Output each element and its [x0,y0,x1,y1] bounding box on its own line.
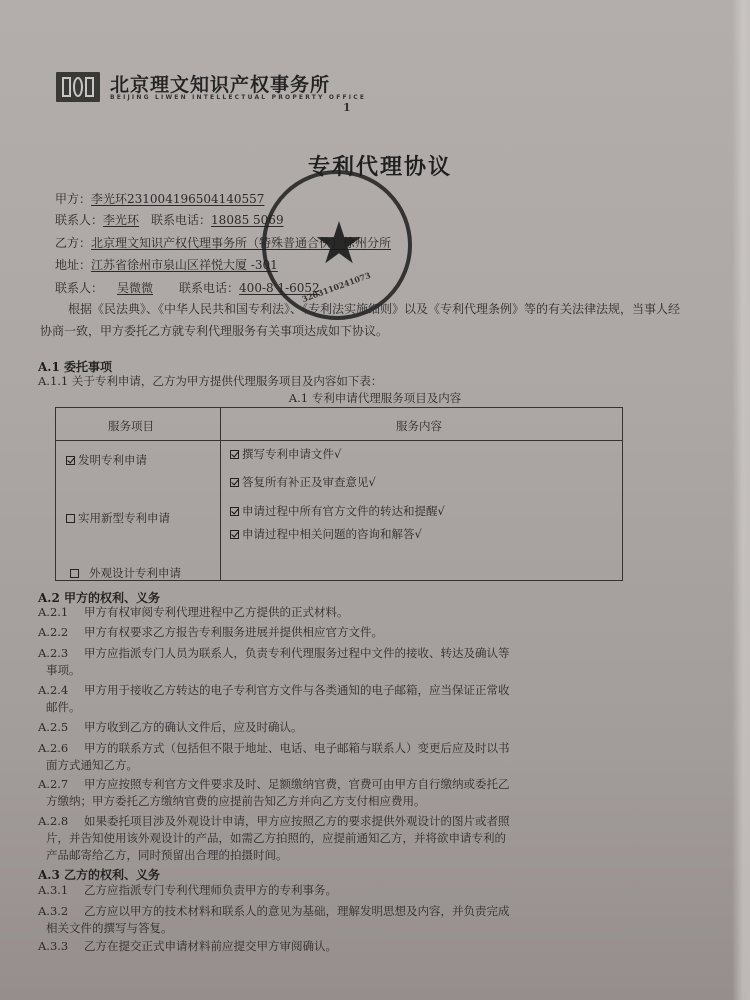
clause-a1-1: A.1.1 关于专利申请，乙方为甲方提供代理服务项目及内容如下表： [38,373,678,390]
table-header-items: 服务项目 [108,418,154,434]
firm-name-cn: 北京理文知识产权事务所 [110,70,330,97]
clause-a2-2: A.2.2甲方有权要求乙方报告专利服务进展并提供相应官方文件。 [38,624,678,641]
checkbox-forwarding[interactable] [230,507,239,516]
party-b-address: 江苏省徐州市泉山区祥悦大厦 -301 [91,258,278,272]
clause-a2-3: A.2.3甲方应指派专门人员为联系人，负责专利代理服务过程中文件的接收、转达及确… [38,645,678,679]
party-a-line: 甲方：李光环231004196504140557 [55,190,264,207]
table-header-contents: 服务内容 [396,418,442,434]
checkbox-consulting[interactable] [230,530,239,539]
party-b-label: 乙方： [55,236,91,250]
service-content-drafting: 撰写专利申请文件√ [230,446,341,462]
party-b-contact: 吴微微 [103,281,167,295]
party-a-value: 李光环231004196504140557 [91,192,264,206]
checkbox-drafting[interactable] [230,450,239,459]
party-b-address-line: 地址：江苏省徐州市泉山区祥悦大厦 -301 [55,256,278,273]
page-number: 1 [343,101,351,114]
clause-a2-7: A.2.7甲方应按照专利官方文件要求及时、足额缴纳官费，官费可由甲方自行缴纳或委… [38,776,678,810]
service-item-design: 外观设计专利申请 [70,565,181,581]
service-content-responses: 答复所有补正及审查意见√ [230,474,376,490]
party-a-label: 甲方： [55,192,91,206]
clause-a3-2: A.3.2乙方应以甲方的技术材料和联系人的意见为基础，理解发明思想及内容，并负责… [38,903,678,937]
firm-name-en: BEIJING LIWEN INTELLECTUAL PROPERTY OFFI… [110,94,366,101]
clause-a3-1: A.3.1乙方应指派专门专利代理师负责甲方的专利事务。 [38,882,678,899]
service-content-forwarding: 申请过程中所有官方文件的转达和提醒√ [230,503,445,519]
table-caption: A.1 专利申请代理服务项目及内容 [0,390,750,406]
clause-a3-3: A.3.3乙方在提交正式申请材料前应提交甲方审阅确认。 [38,938,678,955]
clause-a2-1: A.2.1甲方有权审阅专利代理进程中乙方提供的正式材料。 [38,604,678,621]
party-a-contact-line: 联系人：李光环联系电话：18085 5069 [55,211,284,228]
party-a-phone-label: 联系电话： [151,213,211,227]
party-a-contact-label: 联系人： [55,213,103,227]
checkbox-invention[interactable] [66,456,75,465]
clause-a2-5: A.2.5甲方收到乙方的确认文件后，应及时确认。 [38,719,678,736]
seal-star-icon: ★ [313,214,365,272]
clause-a2-8: A.2.8如果委托项目涉及外观设计申请，甲方应按照乙方的要求提供外观设计的图片或… [38,813,678,864]
party-b-address-label: 地址： [55,258,91,272]
checkbox-responses[interactable] [230,478,239,487]
party-b-contact-label: 联系人： [55,281,103,295]
service-item-invention: 发明专利申请 [66,452,147,468]
firm-logo-icon [56,72,100,102]
party-a-contact: 李光环 [103,213,139,227]
clause-a2-4: A.2.4甲方用于接收乙方转达的电子专利官方文件与各类通知的电子邮箱，应当保证正… [38,682,678,716]
checkbox-design[interactable] [70,569,79,578]
service-item-utility-model: 实用新型专利申请 [66,510,170,526]
checkbox-utility-model[interactable] [66,514,75,523]
clause-a2-6: A.2.6甲方的联系方式（包括但不限于地址、电话、电子邮箱与联系人）变更后应及时… [38,740,678,774]
party-b-phone-label: 联系电话： [179,281,239,295]
document-page: 北京理文知识产权事务所 BEIJING LIWEN INTELLECTUAL P… [0,0,750,1000]
document-title: 专利代理协议 [0,150,750,181]
preamble-paragraph: 根据《民法典》、《中华人民共和国专利法》、《专利法实施细则》以及《专利代理条例》… [40,298,690,342]
service-table: 服务项目 服务内容 发明专利申请 实用新型专利申请 外观设计专利申请 撰写专利申… [55,407,623,581]
service-content-consulting: 申请过程中相关问题的咨询和解答√ [230,526,422,542]
section-a3-heading: A.3 乙方的权利、义务 [38,866,160,883]
